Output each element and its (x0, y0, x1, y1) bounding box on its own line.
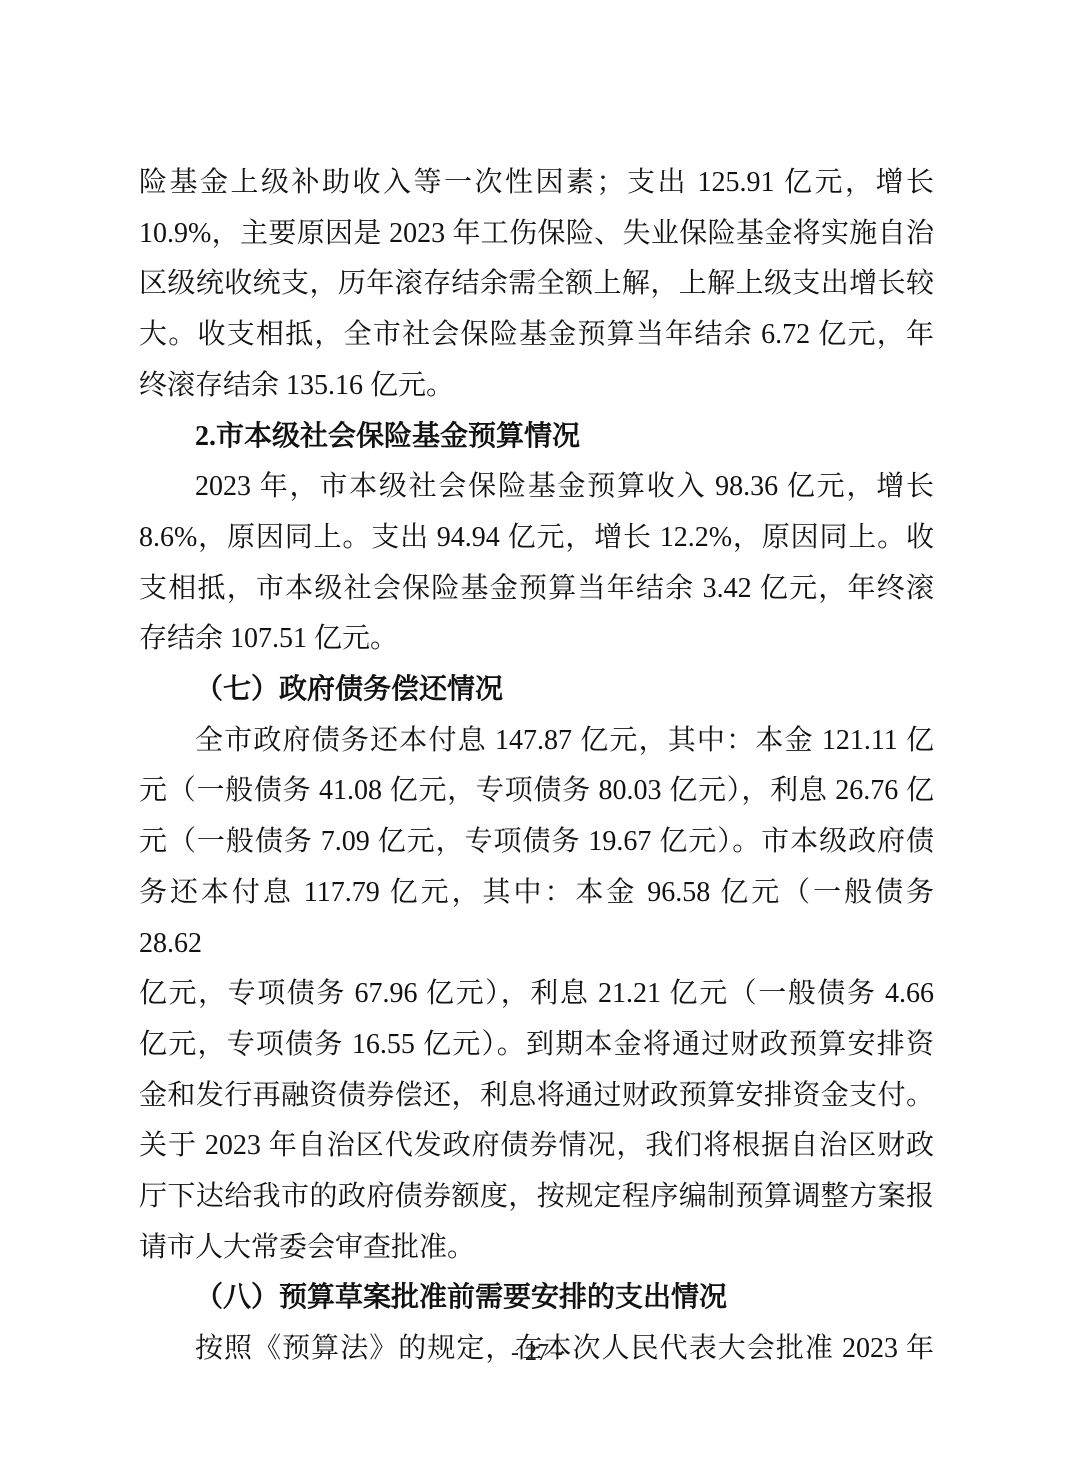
text-line: 存结余 107.51 亿元。 (139, 614, 934, 665)
text-line: 险基金上级补助收入等一次性因素；支出 125.91 亿元，增长 (139, 158, 934, 209)
page-number: - 27 - (0, 1340, 1074, 1367)
text-line: 元（一般债务 7.09 亿元，专项债务 19.67 亿元）。市本级政府债 (139, 817, 934, 868)
text-line: 关于 2023 年自治区代发政府债券情况，我们将根据自治区财政 (139, 1121, 934, 1172)
text-line: 8.6%，原因同上。支出 94.94 亿元，增长 12.2%，原因同上。收 (139, 513, 934, 564)
paragraph-municipal-social-insurance-fund: 2023 年，市本级社会保险基金预算收入 98.36 亿元，增长 8.6%，原因… (139, 462, 934, 665)
text-line: 务还本付息 117.79 亿元，其中：本金 96.58 亿元（一般债务 28.6… (139, 868, 934, 969)
paragraph-government-debt-repayment: 全市政府债务还本付息 147.87 亿元，其中：本金 121.11 亿 元（一般… (139, 716, 934, 1274)
text-line: 终滚存结余 135.16 亿元。 (139, 361, 934, 412)
section-heading-municipal-social-insurance: 2.市本级社会保险基金预算情况 (139, 412, 934, 463)
text-line: 亿元，专项债务 67.96 亿元），利息 21.21 亿元（一般债务 4.66 (139, 969, 934, 1020)
section-heading-pre-approval-expenditure: （八）预算草案批准前需要安排的支出情况 (139, 1273, 934, 1324)
text-line: 元（一般债务 41.08 亿元，专项债务 80.03 亿元），利息 26.76 … (139, 766, 934, 817)
paragraph-citywide-social-insurance-fund: 险基金上级补助收入等一次性因素；支出 125.91 亿元，增长 10.9%，主要… (139, 158, 934, 412)
document-page: 险基金上级补助收入等一次性因素；支出 125.91 亿元，增长 10.9%，主要… (0, 0, 1074, 1484)
text-line: 金和发行再融资债券偿还，利息将通过财政预算安排资金支付。 (139, 1071, 934, 1122)
text-line: 区级统收统支，历年滚存结余需全额上解，上解上级支出增长较 (139, 259, 934, 310)
text-line: 大。收支相抵，全市社会保险基金预算当年结余 6.72 亿元，年 (139, 310, 934, 361)
text-line: 支相抵，市本级社会保险基金预算当年结余 3.42 亿元，年终滚 (139, 564, 934, 615)
text-line: 全市政府债务还本付息 147.87 亿元，其中：本金 121.11 亿 (139, 716, 934, 767)
text-line: 10.9%，主要原因是 2023 年工伤保险、失业保险基金将实施自治 (139, 209, 934, 260)
document-body: 险基金上级补助收入等一次性因素；支出 125.91 亿元，增长 10.9%，主要… (139, 158, 934, 1375)
text-line: 2023 年，市本级社会保险基金预算收入 98.36 亿元，增长 (139, 462, 934, 513)
text-line: 亿元，专项债务 16.55 亿元）。到期本金将通过财政预算安排资 (139, 1020, 934, 1071)
section-heading-government-debt-repayment: （七）政府债务偿还情况 (139, 665, 934, 716)
text-line: 请市人大常委会审查批准。 (139, 1223, 934, 1274)
text-line: 厅下达给我市的政府债券额度，按规定程序编制预算调整方案报 (139, 1172, 934, 1223)
